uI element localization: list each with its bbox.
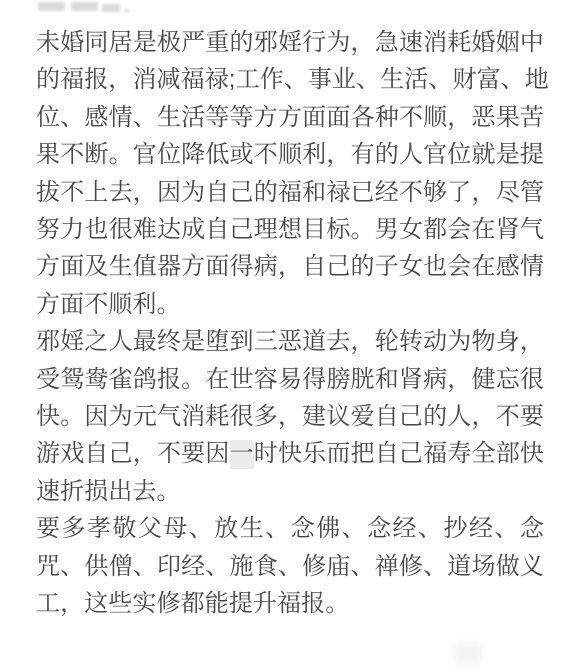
text-line: 快。因为元气消耗很多，建议爱自己的人，不要 [36, 398, 544, 435]
text-line: 咒、供僧、印经、施食、修庙、禅修、道场做义 [36, 548, 544, 585]
text-line: 方面及生值器方面得病，自己的子女也会在感情 [36, 248, 544, 285]
text-line: 未婚同居是极严重的邪婬行为，急速消耗婚姻中 [36, 24, 544, 61]
clipped-text-fragment [71, 2, 98, 11]
text-line: 速折损出去。 [36, 473, 544, 510]
article-text: 未婚同居是极严重的邪婬行为，急速消耗婚姻中的福报，消减福禄;工作、事业、生活、财… [36, 24, 544, 623]
text-line: 游戏自己，不要因一时快乐而把自己福寿全部快 [36, 435, 544, 472]
clipped-text-fragment [38, 2, 65, 11]
clipped-text-fragment [38, 0, 238, 14]
text-line: 受鸳鸯雀鸽报。在世容易得膀胱和肾病，健忘很 [36, 361, 544, 398]
text-line: 要多孝敬父母、放生、念佛、念经、抄经、念 [36, 510, 544, 547]
text-line: 工，这些实修都能提升福报。 [36, 585, 544, 622]
screenshot-page: 未婚同居是极严重的邪婬行为，急速消耗婚姻中的福报，消减福禄;工作、事业、生活、财… [0, 0, 580, 670]
text-line: 努力也很难达成自己理想目标。男女都会在肾气 [36, 211, 544, 248]
highlighted-character: 一 [230, 440, 254, 467]
text-line: 位、感情、生活等等方方面面各种不顺，恶果苦 [36, 99, 544, 136]
text-line: 方面不顺利。 [36, 286, 544, 323]
text-line: 拔不上去，因为自己的福和禄已经不够了，尽管 [36, 174, 544, 211]
text-line: 果不断。官位降低或不顺利，有的人官位就是提 [36, 136, 544, 173]
clipped-text-fragment [102, 4, 120, 12]
smudge-artifact [455, 643, 481, 663]
clipped-text-fragment [124, 9, 129, 13]
text-line: 的福报，消减福禄;工作、事业、生活、财富、地 [36, 61, 544, 98]
text-line: 邪婬之人最终是堕到三恶道去，轮转动为物身， [36, 323, 544, 360]
